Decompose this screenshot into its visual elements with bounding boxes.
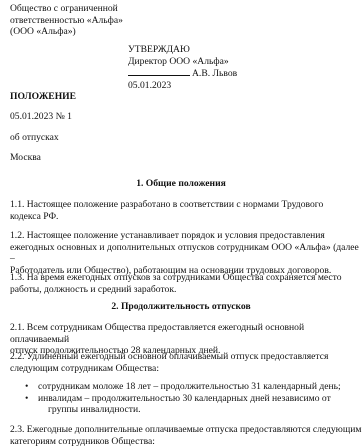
text-line: ежегодных основных и дополнительных отпу… <box>10 242 362 265</box>
section-2-title: 2. Продолжительность отпусков <box>0 301 362 313</box>
approval-block: УТВЕРЖДАЮ Директор ООО «Альфа» А.В. Льво… <box>128 44 237 91</box>
bullet-list: сотрудникам моложе 18 лет – продолжитель… <box>10 381 355 416</box>
text-line: группы инвалидности. <box>38 404 355 416</box>
paragraph-1-1: 1.1. Настоящее положение разработано в с… <box>10 199 323 222</box>
approval-position: Директор ООО «Альфа» <box>128 56 237 68</box>
org-short-name: (ООО «Альфа») <box>10 26 355 38</box>
text-line: кодекса РФ. <box>10 211 323 223</box>
paragraph-2-3: 2.3. Ежегодные дополнительные оплачиваем… <box>10 424 361 447</box>
document-number: 05.01.2023 № 1 <box>10 111 72 123</box>
paragraph-1-2: 1.2. Настоящее положение устанавливает п… <box>10 230 362 276</box>
text-line: сотрудникам моложе 18 лет – продолжитель… <box>38 381 341 392</box>
text-line: 1.3. На время ежегодных отпусков за сотр… <box>10 272 342 284</box>
text-line: 2.2. Удлиненный ежегодный основной оплач… <box>10 351 328 363</box>
org-name-line1: Общество с ограниченной <box>10 3 355 15</box>
document-subject: об отпусках <box>10 132 59 144</box>
approval-title: УТВЕРЖДАЮ <box>128 44 237 56</box>
list-item: сотрудникам моложе 18 лет – продолжитель… <box>10 381 355 393</box>
document-type: ПОЛОЖЕНИЕ <box>10 91 76 103</box>
text-line: 1.2. Настоящее положение устанавливает п… <box>10 230 362 242</box>
signature-line <box>128 67 190 76</box>
organization-block: Общество с ограниченной ответственностью… <box>10 3 355 38</box>
text-line: 2.1. Всем сотрудникам Общества предостав… <box>10 322 362 345</box>
text-line: инвалидам – продолжительностью 30 календ… <box>38 393 331 404</box>
approval-signature-row: А.В. Львов <box>128 67 237 80</box>
paragraph-2-2: 2.2. Удлиненный ежегодный основной оплач… <box>10 351 328 374</box>
list-item: инвалидам – продолжительностью 30 календ… <box>10 393 355 416</box>
document-page: Общество с ограниченной ответственностью… <box>10 3 355 38</box>
approval-date: 05.01.2023 <box>128 80 237 92</box>
text-line: работы, должность и средний заработок. <box>10 284 342 296</box>
section-1-title: 1. Общие положения <box>0 178 362 190</box>
text-line: следующим сотрудникам Общества: <box>10 363 328 375</box>
text-line: 2.3. Ежегодные дополнительные оплачиваем… <box>10 424 361 436</box>
text-line: категориям сотрудников Общества: <box>10 436 361 447</box>
paragraph-1-3: 1.3. На время ежегодных отпусков за сотр… <box>10 272 342 295</box>
org-name-line2: ответственностью «Альфа» <box>10 15 355 27</box>
text-line: 1.1. Настоящее положение разработано в с… <box>10 199 323 211</box>
document-city: Москва <box>10 152 41 164</box>
approval-signer: А.В. Львов <box>192 68 237 79</box>
